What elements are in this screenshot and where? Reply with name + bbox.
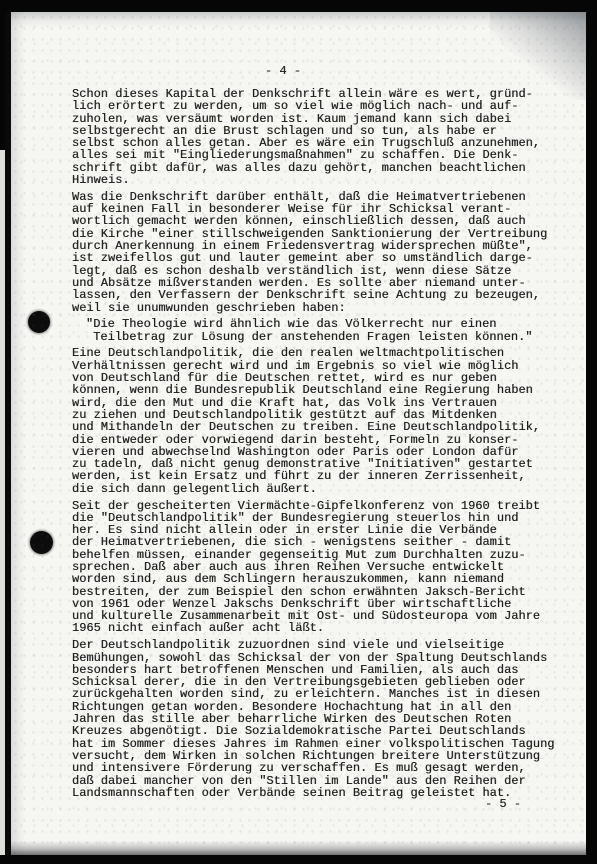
body-paragraph: Schon dieses Kapital der Denkschrift all… (72, 88, 574, 186)
hole-punch-bottom (30, 531, 53, 554)
scan-smudge-top (11, 12, 586, 28)
body-paragraph: Seit der gescheiterten Viermächte-Gipfel… (72, 500, 574, 635)
scan-frame-right (586, 0, 597, 864)
body-paragraph: Eine Deutschlandpolitik, die den realen … (72, 347, 574, 495)
hole-punch-top (28, 311, 50, 333)
page-number-bottom: - 5 - (485, 798, 521, 811)
page-number-top: - 4 - (265, 65, 301, 78)
scan-frame-left (5, 0, 11, 864)
scan-frame-bottom (0, 855, 597, 864)
scan-frame-top (0, 0, 597, 12)
scan-smudge-bottom (11, 841, 586, 855)
document-page: - 4 - Schon dieses Kapital der Denkschri… (11, 12, 586, 855)
document-body: Schon dieses Kapital der Denkschrift all… (72, 88, 574, 799)
quote-paragraph: "Die Theologie wird ähnlich wie das Völk… (72, 318, 574, 343)
body-paragraph: Der Deutschlandpolitik zuzuordnen sind v… (72, 639, 574, 799)
body-paragraph: Was die Denkschrift darüber enthält, daß… (72, 191, 574, 314)
scan-smudge-left (11, 12, 25, 855)
